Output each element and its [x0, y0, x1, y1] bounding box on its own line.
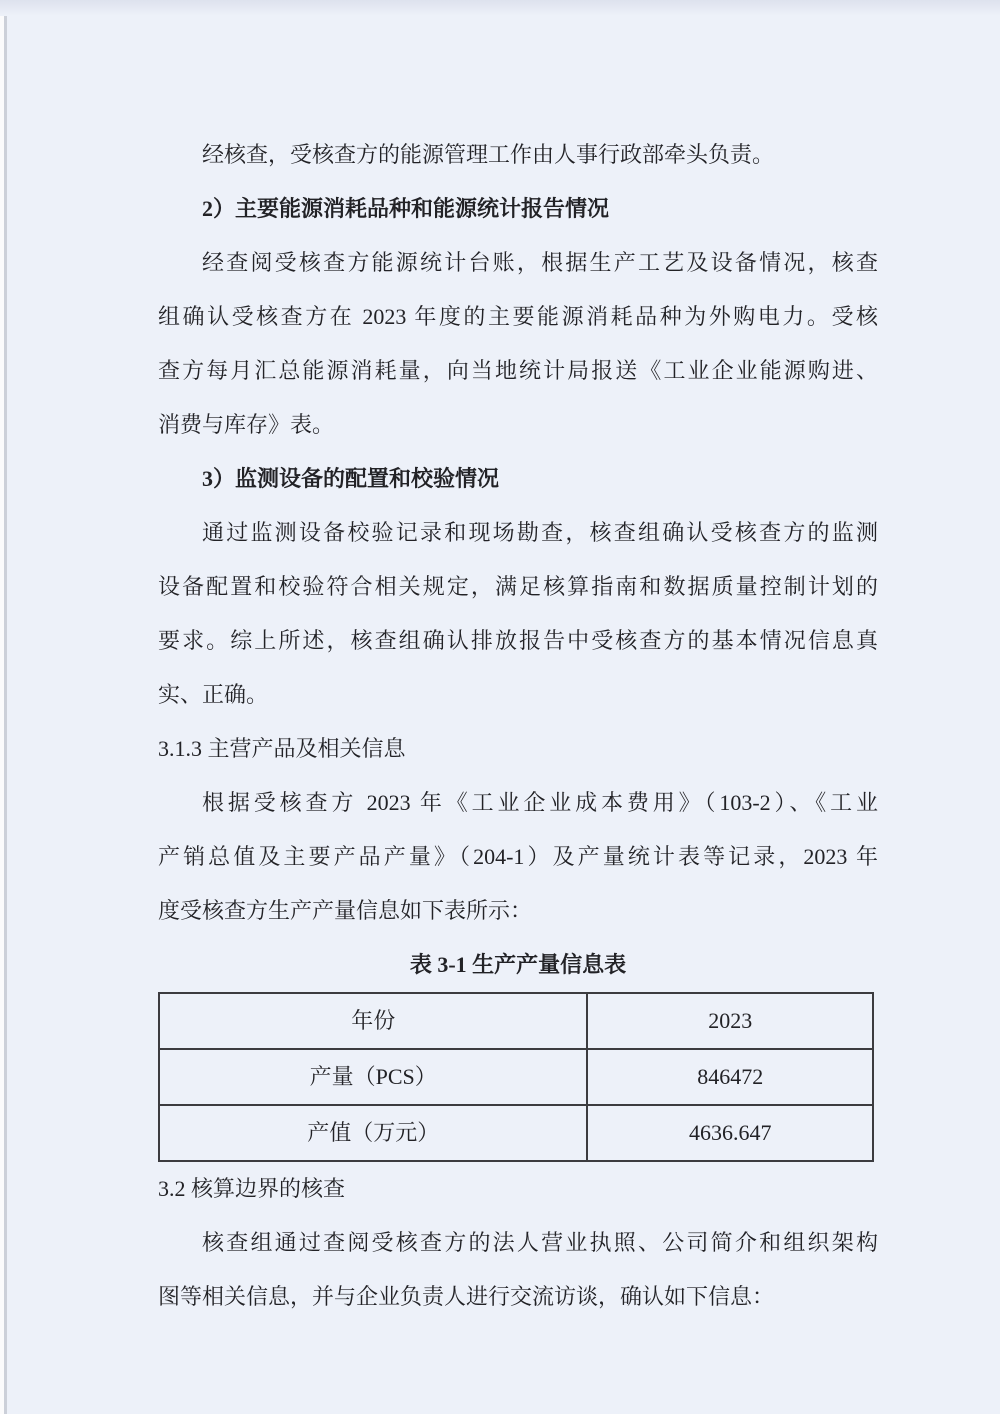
scan-edge-top-shade	[0, 0, 1000, 16]
paragraph-energy-statistics: 经查阅受核查方能源统计台账，根据生产工艺及设备情况，核查组确认受核查方在 202…	[158, 236, 878, 452]
text-line: 查方每月汇总能源消耗量，向当地统计局报送《工业企业能源购进、	[158, 344, 878, 398]
section-heading-3-1-3: 3.1.3 主营产品及相关信息	[158, 722, 878, 776]
table-cell: 年份	[159, 993, 587, 1049]
text-line: 经查阅受核查方能源统计台账，根据生产工艺及设备情况，核查	[158, 236, 878, 290]
text-line: 实、正确。	[158, 668, 878, 722]
scan-edge-left-line	[4, 0, 7, 1414]
text-line: 图等相关信息，并与企业负责人进行交流访谈，确认如下信息：	[158, 1270, 878, 1324]
table-cell: 2023	[587, 993, 873, 1049]
table-row: 年份2023	[159, 993, 873, 1049]
text-line: 要求。综上所述，核查组确认排放报告中受核查方的基本情况信息真	[158, 614, 878, 668]
text-line: 度受核查方生产产量信息如下表所示：	[158, 884, 878, 938]
section-heading-3-2: 3.2 核算边界的核查	[158, 1162, 878, 1216]
paragraph-monitoring-verification: 通过监测设备校验记录和现场勘查，核查组确认受核查方的监测设备配置和校验符合相关规…	[158, 506, 878, 722]
section-heading-monitoring-equipment: 3）监测设备的配置和校验情况	[158, 452, 878, 506]
table-row: 产量（PCS）846472	[159, 1049, 873, 1105]
text-line: 消费与库存》表。	[158, 398, 878, 452]
document-content: 经核查，受核查方的能源管理工作由人事行政部牵头负责。 2）主要能源消耗品种和能源…	[158, 128, 878, 1324]
table-cell: 产量（PCS）	[159, 1049, 587, 1105]
table-title: 表 3-1 生产产量信息表	[158, 938, 878, 992]
text-line: 产销总值及主要产品产量》（204-1）及产量统计表等记录，2023 年	[158, 830, 878, 884]
table-row: 产值（万元）4636.647	[159, 1105, 873, 1161]
scanned-document-page: { "page": { "background": "#edf1f9", "te…	[0, 0, 1000, 1414]
text-line: 经核查，受核查方的能源管理工作由人事行政部牵头负责。	[158, 128, 878, 182]
text-line: 核查组通过查阅受核查方的法人营业执照、公司简介和组织架构	[158, 1216, 878, 1270]
paragraph-energy-management: 经核查，受核查方的能源管理工作由人事行政部牵头负责。	[158, 128, 878, 182]
table-cell: 4636.647	[587, 1105, 873, 1161]
text-line: 根据受核查方 2023 年《工业企业成本费用》（103-2）、《工业	[158, 776, 878, 830]
text-line: 通过监测设备校验记录和现场勘查，核查组确认受核查方的监测	[158, 506, 878, 560]
text-line: 组确认受核查方在 2023 年度的主要能源消耗品种为外购电力。受核	[158, 290, 878, 344]
section-heading-energy-types: 2）主要能源消耗品种和能源统计报告情况	[158, 182, 878, 236]
table-cell: 846472	[587, 1049, 873, 1105]
text-line: 设备配置和校验符合相关规定，满足核算指南和数据质量控制计划的	[158, 560, 878, 614]
paragraph-product-records: 根据受核查方 2023 年《工业企业成本费用》（103-2）、《工业产销总值及主…	[158, 776, 878, 938]
production-output-table: 年份2023产量（PCS）846472产值（万元）4636.647	[158, 992, 874, 1162]
paragraph-boundary-verification: 核查组通过查阅受核查方的法人营业执照、公司简介和组织架构图等相关信息，并与企业负…	[158, 1216, 878, 1324]
production-output-table-body: 年份2023产量（PCS）846472产值（万元）4636.647	[159, 993, 873, 1161]
table-cell: 产值（万元）	[159, 1105, 587, 1161]
